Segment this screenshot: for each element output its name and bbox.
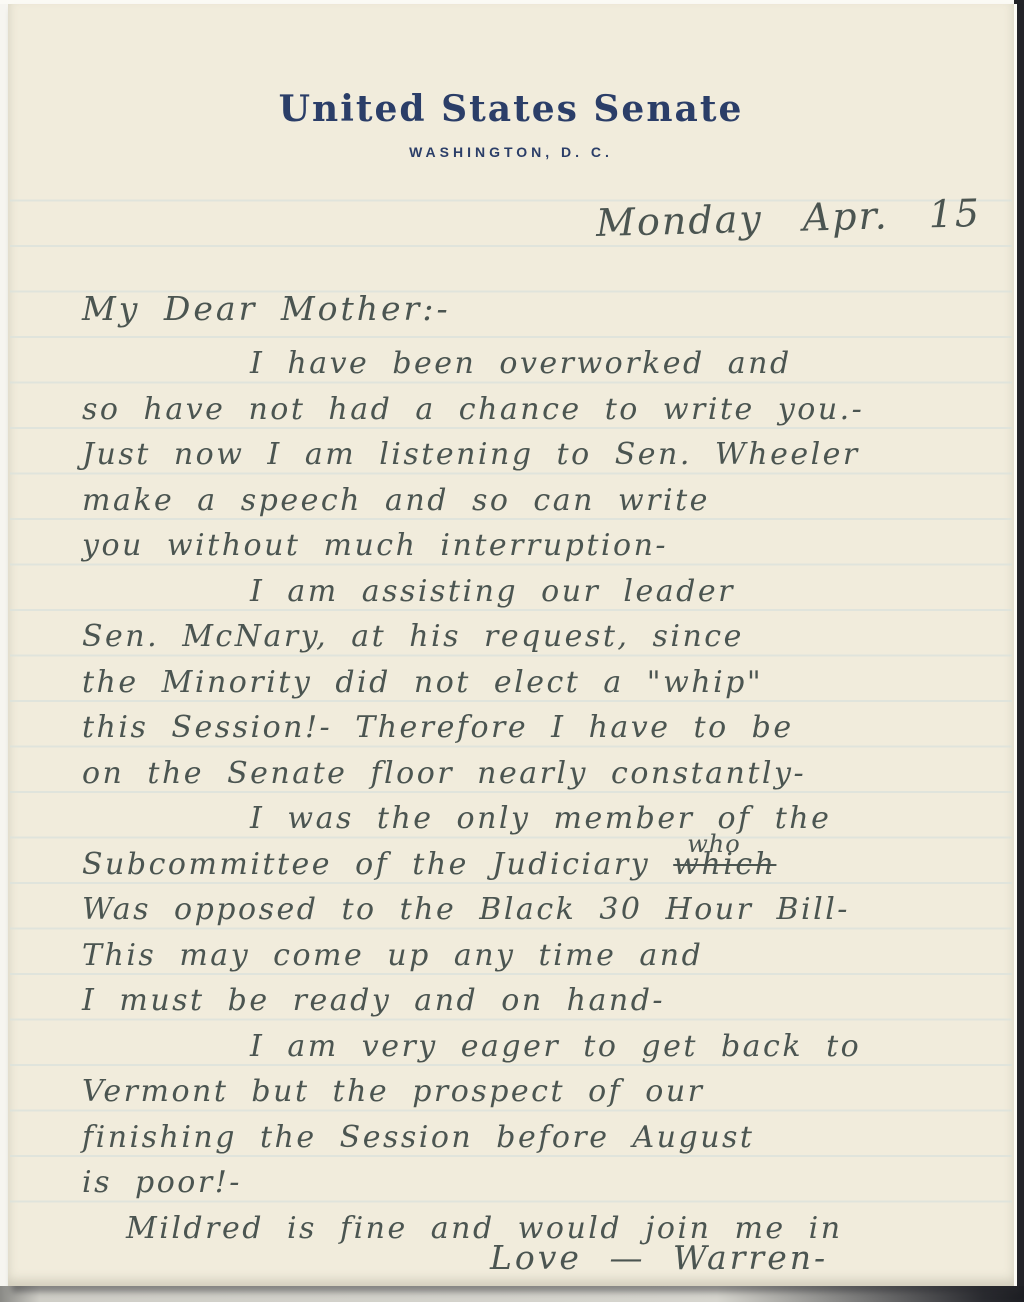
corrected-word: whichwho: [673, 847, 776, 882]
letter-line: I have been overworked and: [82, 341, 988, 387]
letter-line: finishing the Session before August: [82, 1115, 988, 1161]
closing-signature: Love — Warren-: [490, 1238, 828, 1277]
letter-line: this Session!- Therefore I have to be: [82, 705, 988, 751]
letter-line: Vermont but the prospect of our: [82, 1069, 988, 1115]
letter-line: you without much interruption-: [82, 523, 988, 569]
letterhead-subtitle: WASHINGTON, D. C.: [8, 144, 1014, 160]
letter-line: I must be ready and on hand-: [82, 978, 988, 1024]
letter-line: on the Senate floor nearly constantly-: [82, 751, 988, 797]
salutation: My Dear Mother:-: [82, 289, 451, 328]
letter-line: the Minority did not elect a "whip": [82, 660, 988, 706]
letterhead: United States Senate WASHINGTON, D. C.: [8, 88, 1014, 160]
letter-line: I am assisting our leader: [82, 569, 988, 615]
letter-paper: United States Senate WASHINGTON, D. C. M…: [8, 4, 1017, 1286]
letter-line: Just now I am listening to Sen. Wheeler: [82, 432, 988, 478]
letter-line: Subcommittee of the Judiciary whichwho: [82, 842, 988, 888]
letter-line: Sen. McNary, at his request, since: [82, 614, 988, 660]
letter-line: is poor!-: [82, 1160, 988, 1206]
letter-line: Was opposed to the Black 30 Hour Bill-: [82, 887, 988, 933]
letterhead-title: United States Senate: [8, 88, 1014, 130]
letter-line: make a speech and so can write: [82, 478, 988, 524]
date-line: Monday Apr. 15: [595, 191, 981, 245]
letter-body: I have been overworked andso have not ha…: [82, 341, 988, 1251]
inserted-word: who: [687, 822, 740, 868]
scan-bottom-edge: [0, 1286, 1024, 1302]
letter-line: This may come up any time and: [82, 933, 988, 979]
letter-line: I was the only member of the: [82, 796, 988, 842]
letter-line: so have not had a chance to write you.-: [82, 387, 988, 433]
letter-line: I am very eager to get back to: [82, 1024, 988, 1070]
